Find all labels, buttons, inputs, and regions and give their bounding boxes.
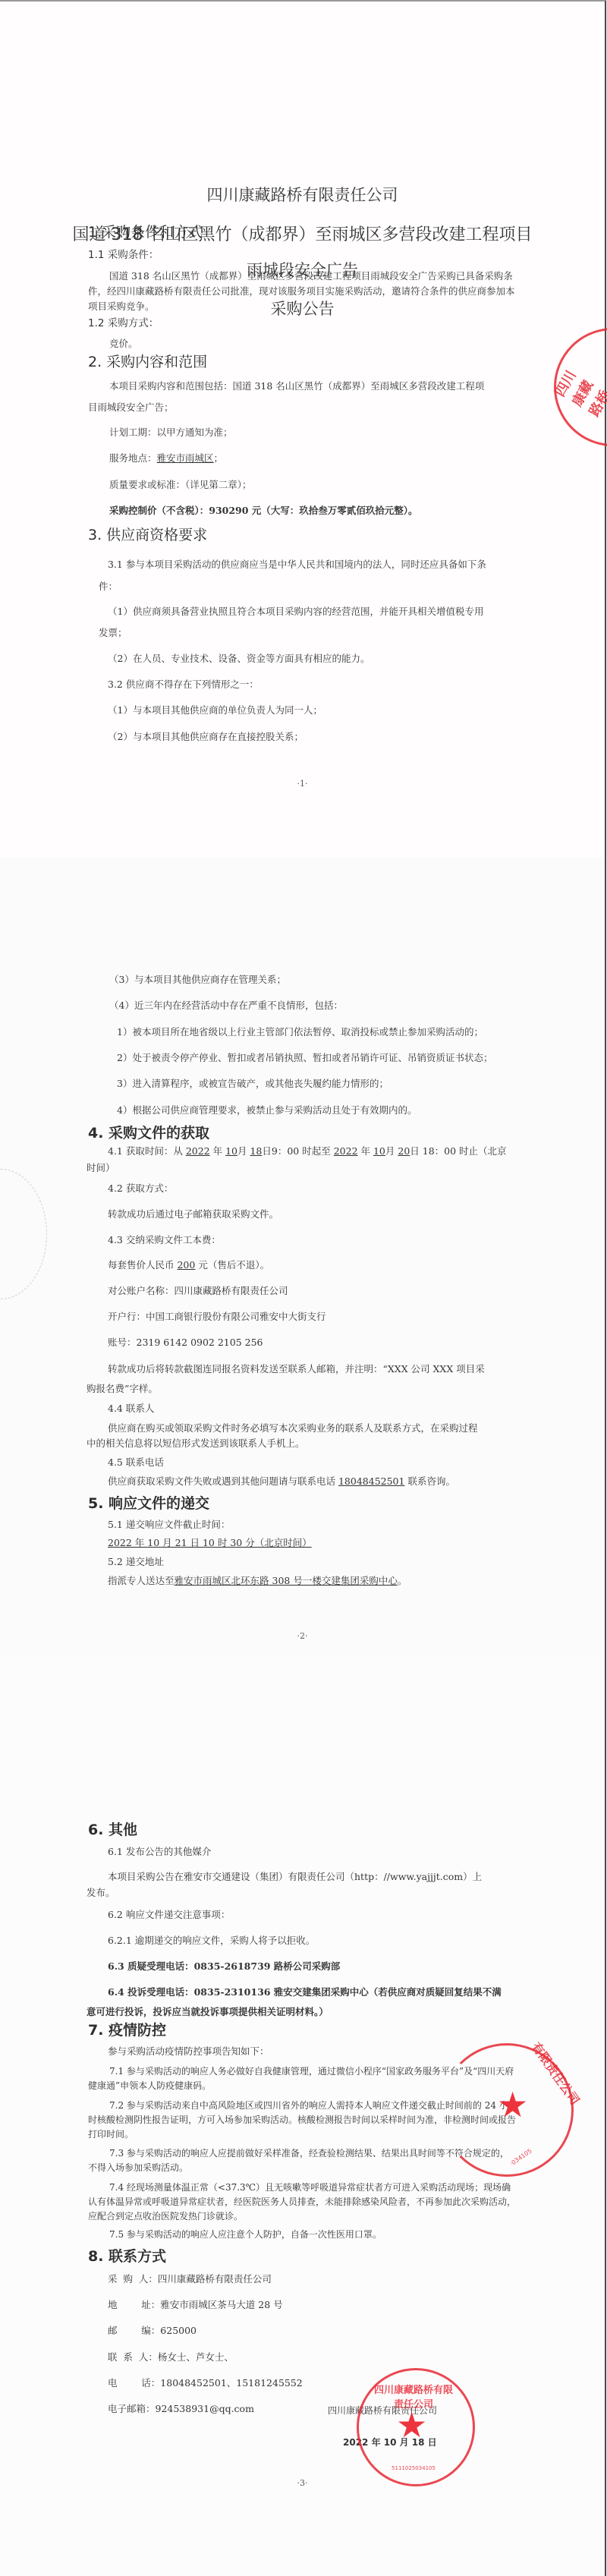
fee-prefix: 每套售价人民币 [108,1259,177,1271]
purchaser: 采 购 人：四川康藏路桥有限责任公司 [108,2275,272,2285]
section-4-2-label: 4.2 获取方式： [108,1184,173,1194]
exclusion-3: （3）与本项目其他供应商存在管理关系； [109,975,286,985]
exclusion-4-1: 1）被本项目所在地省级以上行业主管部门依法暂停、取消投标或禁止参加采购活动的； [117,1028,483,1038]
contact-instruction-line1: 供应商在购买或领取采购文件时务必填写本次采购业务的联系人及联系方式，在采购过程 [108,1424,478,1434]
contact-persons: 联 系 人：杨女士、芦女士、 [108,2353,234,2363]
signature-seal-star-icon: ★ [396,2408,427,2442]
exclusion-4-4: 4）根据公司供应商管理要求，被禁止参与采购活动且处于有效期内的。 [117,1106,417,1116]
section-6-2-label: 6.2 响应文件递交注意事项： [108,1910,230,1920]
acquisition-time-line2: 时间） [86,1164,115,1173]
exclusion-1: （1）与本项目其他供应商的单位负责人为同一人； [108,706,322,716]
contact-phone-number: 18048452501 [338,1475,404,1487]
end-day: 20 [398,1145,410,1157]
document-page-3: 6. 其他 6.1 发布公告的其他媒介 本项目采购公告在雅安市交通建设（集团）有… [0,1655,606,2576]
contact-phones: 电 话：18048452501、15181245552 [108,2379,303,2389]
query-phone: 6.3 质疑受理电话：0835-2618739 路桥公司采购部 [108,1962,340,1972]
exclusion-4-2: 2）处于被责令停产停业、暂扣或者吊销执照、暂扣或者吊销许可证、吊销资质证书状态； [117,1053,492,1063]
fee-amount: 200 [177,1259,195,1271]
section-1-2-label: 1.2 采购方式： [88,319,159,329]
service-location-value: 雅安市雨城区 [157,452,214,464]
section-7-heading: 7. 疫情防控 [88,2023,166,2038]
contact-instruction-line2: 中的相关信息将以短信形式发送到该联系人手机上。 [86,1439,305,1449]
section-4-3-label: 4.3 交纳采购文件工本费： [108,1236,221,1245]
account-name: 对公账户名称：四川康藏路桥有限责任公司 [108,1286,288,1296]
section-4-4-label: 4.4 联系人 [108,1404,154,1414]
submission-address-value: 雅安市雨城区北环东路 308 号一楼交建集团采购中心 [175,1575,398,1586]
service-location: 服务地点：雅安市雨城区； [109,454,223,464]
section-4-5-label: 4.5 联系电话 [108,1458,164,1468]
fee-suffix: 元（售后不退）。 [195,1259,269,1271]
page-number-3: ·3· [0,2479,605,2487]
document-fee: 每套售价人民币 200 元（售后不退）。 [108,1261,269,1271]
bank-name: 开户行：中国工商银行股份有限公司雅安中大街支行 [108,1312,326,1322]
acquisition-method: 转款成功后通过电子邮箱获取采购文件。 [108,1210,278,1220]
acquisition-time-prefix: 4.1 获取时间：从 [108,1145,186,1157]
section-2-intro-line2: 目雨城段安全广告； [88,403,174,413]
faded-seal-imprint [0,1169,47,1299]
company-title: 四川康藏路桥有限责任公司 [0,187,605,203]
section-6-2-1: 6.2.1 逾期递交的响应文件，采购人将予以拒收。 [108,1936,315,1946]
acquisition-time: 4.1 获取时间：从 2022 年 10月 18日9：00 时起至 2022 年… [108,1147,507,1157]
start-month: 10 [225,1145,237,1157]
submission-address-suffix: 。 [398,1575,407,1586]
section-6-1-line2: 发布。 [86,1888,115,1898]
section-6-heading: 6. 其他 [88,1823,137,1838]
service-location-label: 服务地点： [109,452,157,464]
control-price: 采购控制价（不含税）：930290 元（大写：玖拾叁万零贰佰玖拾元整）。 [109,506,418,516]
section-5-heading: 5. 响应文件的递交 [88,1497,209,1511]
section-2-intro-line1: 本项目采购内容和范围包括：国道 318 名山区黑竹（成都界）至雨城区多营段改建工… [109,382,484,392]
submission-address-prefix: 指派专人送达至 [108,1575,175,1586]
seal-star-icon: ★ [497,2087,528,2122]
section-6-1-label: 6.1 发布公告的其他媒介 [108,1847,211,1857]
contact-phone-suffix: 联系咨询。 [404,1475,454,1487]
complaint-phone-line1: 6.4 投诉受理电话：0835-2310136 雅安交建集团采购中心（若供应商对… [108,1988,502,1998]
contact-phone-prefix: 供应商获取采购文件失败或遇到其他问题请与联系电话 [108,1475,338,1487]
signature-seal-code: 5111025034105 [379,2465,448,2471]
account-number: 账号：2319 6142 0902 2105 256 [108,1338,263,1348]
exclusion-4-3: 3）进入清算程序，或被宣告破产，或其他丧失履约能力情形的； [117,1079,388,1089]
section-3-1-line2: 件： [99,582,118,592]
epidemic-rule-7-4: 7.4 经现场测量体温正常（<37.3℃）且无咳嗽等呼吸道异常症状者方可进入采购… [88,2181,517,2224]
signature-seal-text: 四川康藏路桥有限责任公司 [372,2382,455,2411]
transfer-instruction-line1: 转款成功后将转款截图连同报名资料发送至联系人邮箱，并注明：“XXX 公司 XXX… [108,1365,485,1375]
document-page-1: 四川康藏路桥有限责任公司 国道 318 名山区黑竹（成都界）至雨城区多营段改建工… [0,0,606,858]
condition-1-line1: （1）供应商须具备营业执照且符合本项目采购内容的经营范围，并能开具相关增值税专用 [108,607,483,617]
section-3-heading: 3. 供应商资格要求 [88,528,207,543]
complaint-phone-line2: 意可进行投诉，投诉应当就投诉事项提供相关证明材料。） [86,2008,329,2017]
transfer-instruction-line2: 购报名费”字样。 [86,1384,158,1394]
section-1-heading: 1.采购条件和方式 [88,225,203,240]
start-day: 18 [250,1145,262,1157]
epidemic-intro: 参与采购活动疫情防控事项告知如下： [108,2047,269,2057]
section-1-1-text: 国道 318 名山区黑竹（成都界）至雨城区多营段改建工程项目雨城段安全广告采购已… [88,269,517,314]
section-3-2-label: 3.2 供应商不得存在下列情形之一： [108,680,259,690]
section-5-2-label: 5.2 递交地址 [108,1557,164,1567]
section-6-1-line1: 本项目采购公告在雅安市交通建设（集团）有限责任公司（http：//www.yaj… [108,1872,482,1882]
exclusion-2: （2）与本项目其他供应商存在直接控股关系； [108,732,303,742]
planned-period: 计划工期：以甲方通知为准； [109,428,233,438]
section-3-1-line1: 3.1 参与本项目采购活动的供应商应当是中华人民共和国境内的法人，同时还应具备如… [108,560,486,570]
section-4-heading: 4. 采购文件的获取 [88,1126,209,1141]
condition-1-line2: 发票； [99,628,127,638]
exclusion-4: （4）近三年内在经营活动中存在严重不良情形，包括： [109,1001,343,1011]
start-time: 9：00 时起至 [272,1145,334,1157]
section-1-2-text: 竞价。 [109,339,138,349]
contact-phone-line: 供应商获取采购文件失败或遇到其他问题请与联系电话 18048452501 联系咨… [108,1477,455,1487]
document-page-2: （3）与本项目其他供应商存在管理关系； （4）近三年内在经营活动中存在严重不良情… [0,858,606,1655]
start-year: 2022 [186,1145,210,1157]
page-number-1: ·1· [0,779,605,788]
submission-address: 指派专人送达至雅安市雨城区北环东路 308 号一楼交建集团采购中心。 [108,1576,407,1586]
section-1-1-label: 1.1 采购条件： [88,250,159,261]
epidemic-rule-7-3: 7.3 参与采购活动的响应人应提前做好采样准备，经查验检测结果、结果出具时间等不… [88,2146,517,2175]
section-8-heading: 8. 联系方式 [88,2250,166,2264]
quality-requirement: 质量要求或标准：（详见第二章）； [109,480,252,490]
end-time: 18：00 时止（北京 [423,1145,507,1157]
end-month: 10 [373,1145,385,1157]
end-year: 2022 [334,1145,358,1157]
page-number-2: ·2· [0,1632,605,1640]
section-2-heading: 2. 采购内容和范围 [88,355,207,370]
submission-deadline: 2022 年 10 月 21 日 10 时 30 分（北京时间） [108,1538,312,1548]
section-5-1-label: 5.1 递交响应文件截止时间： [108,1520,230,1530]
epidemic-rule-7-5: 7.5 参与采购活动的响应人应注意个人防护，自备一次性医用口罩。 [88,2228,517,2242]
contact-email: 电子邮箱：924538931@qq.com [108,2404,254,2414]
service-location-end: ； [214,452,224,464]
purchaser-address: 地 址：雅安市雨城区茶马大道 28 号 [108,2300,283,2310]
postcode: 邮 编：625000 [108,2326,197,2336]
condition-2: （2）在人员、专业技术、设备、资金等方面具有相应的能力。 [108,654,370,664]
